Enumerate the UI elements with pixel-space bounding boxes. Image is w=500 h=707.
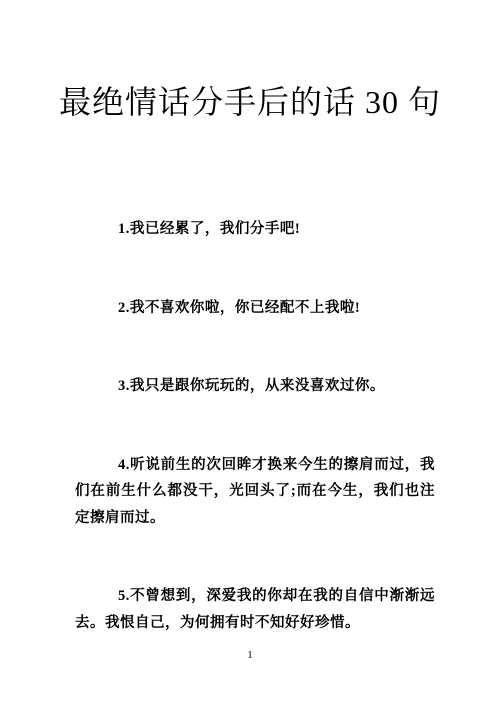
document-body: 1.我已经累了，我们分手吧! 2.我不喜欢你啦，你已经配不上我啦! 3.我只是跟…: [75, 216, 435, 636]
paragraph-4: 4.听说前生的次回眸才换来今生的擦肩而过，我们在前生什么都没干，光回头了;而在今…: [75, 452, 435, 532]
paragraph-5: 5.不曾想到，深爱我的你却在我的自信中渐渐远去。我恨自己，为何拥有时不知好好珍惜…: [75, 583, 435, 636]
document-title: 最绝情话分手后的话 30 句: [0, 0, 500, 124]
paragraph-1: 1.我已经累了，我们分手吧!: [75, 216, 435, 243]
paragraph-3: 3.我只是跟你玩玩的，从来没喜欢过你。: [75, 373, 435, 400]
page-number: 1: [0, 648, 500, 662]
paragraph-2: 2.我不喜欢你啦，你已经配不上我啦!: [75, 295, 435, 322]
document-page: 最绝情话分手后的话 30 句 1.我已经累了，我们分手吧! 2.我不喜欢你啦，你…: [0, 0, 500, 707]
